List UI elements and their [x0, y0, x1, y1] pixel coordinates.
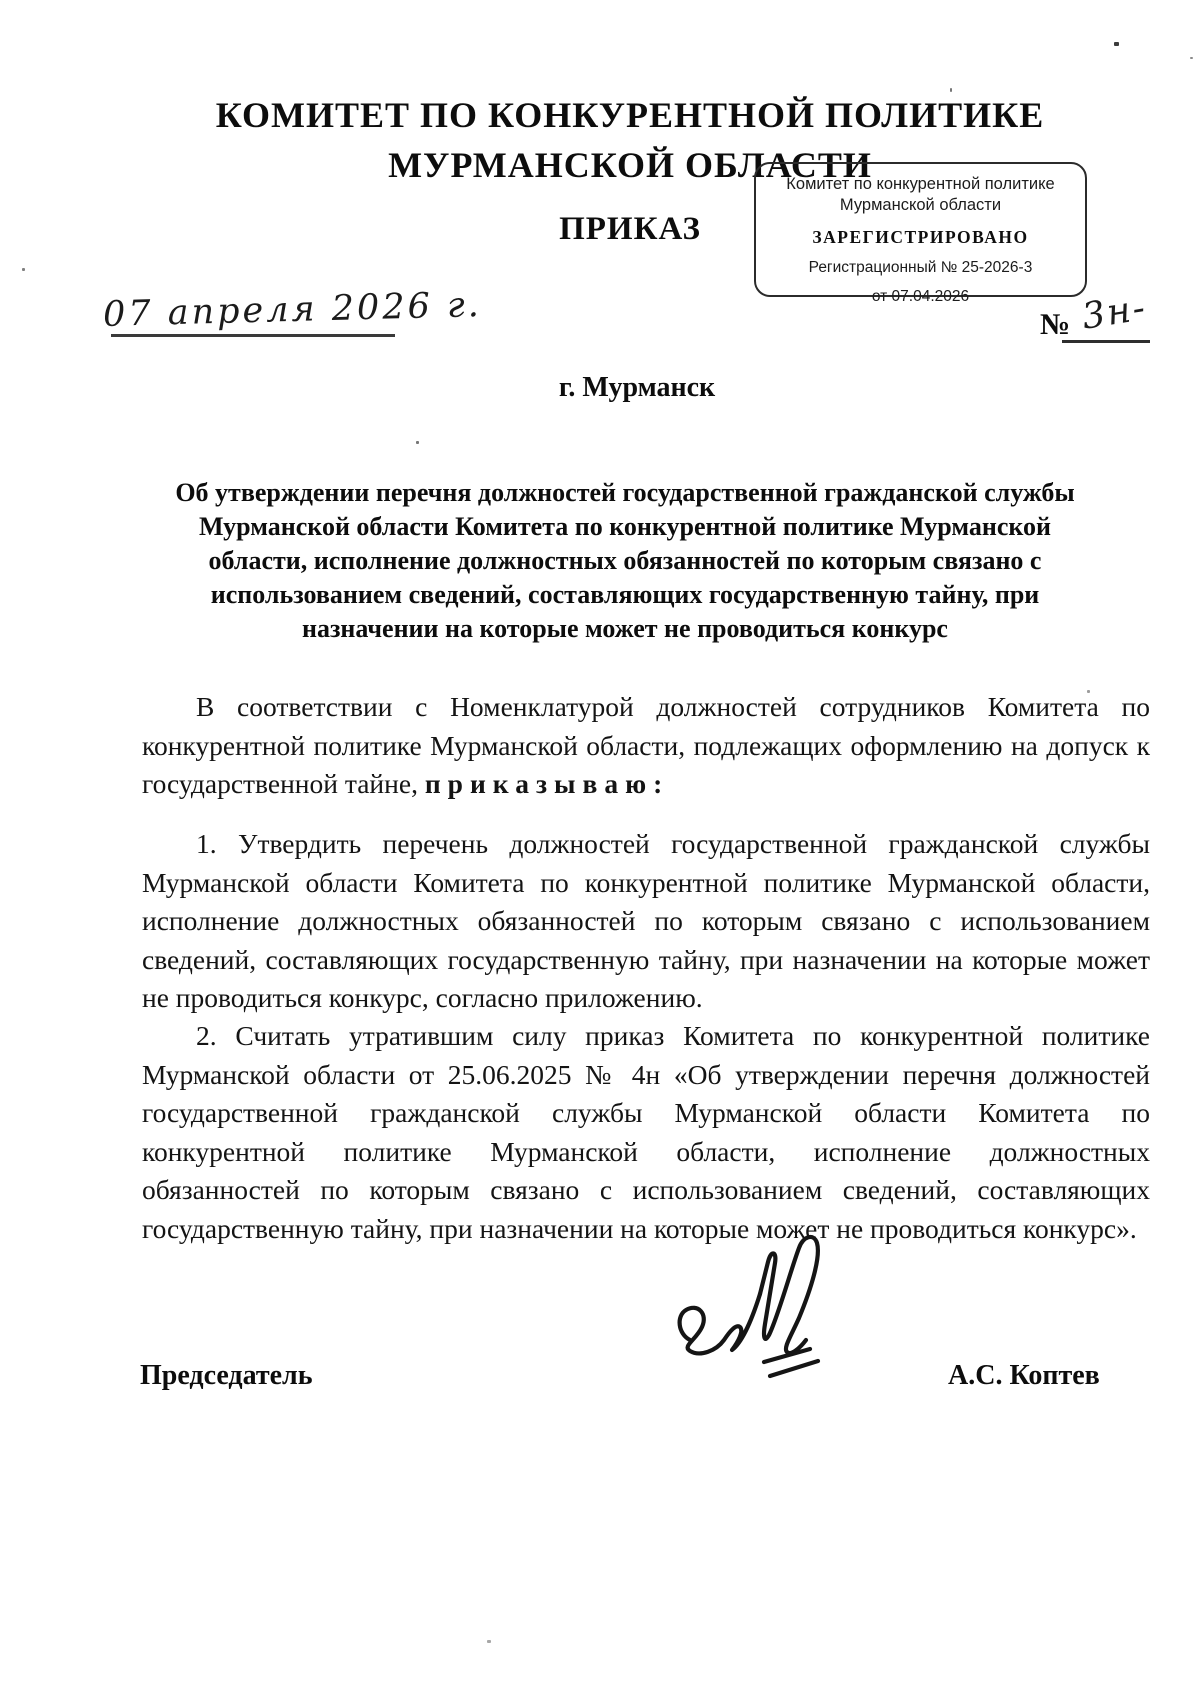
- intro-paragraph: В соответствии с Номенклатурой должносте…: [142, 688, 1150, 804]
- stamp-reg-number: Регистрационный № 25-2026-3: [756, 258, 1085, 277]
- order-point-1: 1. Утвердить перечень должностей государ…: [142, 825, 1150, 1018]
- org-header-line1: КОМИТЕТ ПО КОНКУРЕНТНОЙ ПОЛИТИКЕ: [130, 90, 1130, 140]
- signature-autograph: [668, 1232, 896, 1394]
- scan-speck: [1114, 42, 1119, 46]
- order-point-2: 2. Считать утратившим силу приказ Комите…: [142, 1017, 1150, 1248]
- scan-speck: [1087, 690, 1090, 693]
- registration-stamp: Комитет по конкурентной политике Мурманс…: [754, 162, 1087, 297]
- stamp-org-line2: Мурманской области: [756, 195, 1085, 216]
- scan-speck: [487, 1640, 491, 1643]
- date-underline: [111, 334, 395, 337]
- place-line: г. Мурманск: [559, 372, 715, 404]
- scan-speck: [416, 441, 419, 444]
- stamp-registered-label: ЗАРЕГИСТРИРОВАНО: [756, 227, 1085, 248]
- doc-type-heading: ПРИКАЗ: [559, 211, 701, 248]
- number-underline: [1062, 340, 1150, 343]
- stamp-reg-date: от 07.04.2026: [756, 287, 1085, 306]
- stamp-org-line1: Комитет по конкурентной политике: [756, 174, 1085, 195]
- order-document-page: КОМИТЕТ ПО КОНКУРЕНТНОЙ ПОЛИТИКЕ МУРМАНС…: [0, 0, 1200, 1707]
- handwritten-date: 07 апреля 2026 г.: [103, 285, 483, 335]
- handwritten-number: 3н-: [1079, 287, 1149, 338]
- signer-position: Председатель: [140, 1360, 313, 1392]
- signer-name: А.С. Коптев: [948, 1360, 1100, 1392]
- scan-speck: [1190, 57, 1193, 59]
- order-title: Об утверждении перечня должностей госуда…: [150, 476, 1100, 646]
- scan-speck: [950, 88, 952, 92]
- scan-speck: [22, 268, 25, 271]
- intro-emphasis: приказываю:: [425, 768, 669, 799]
- number-sign-label: №: [1040, 308, 1070, 342]
